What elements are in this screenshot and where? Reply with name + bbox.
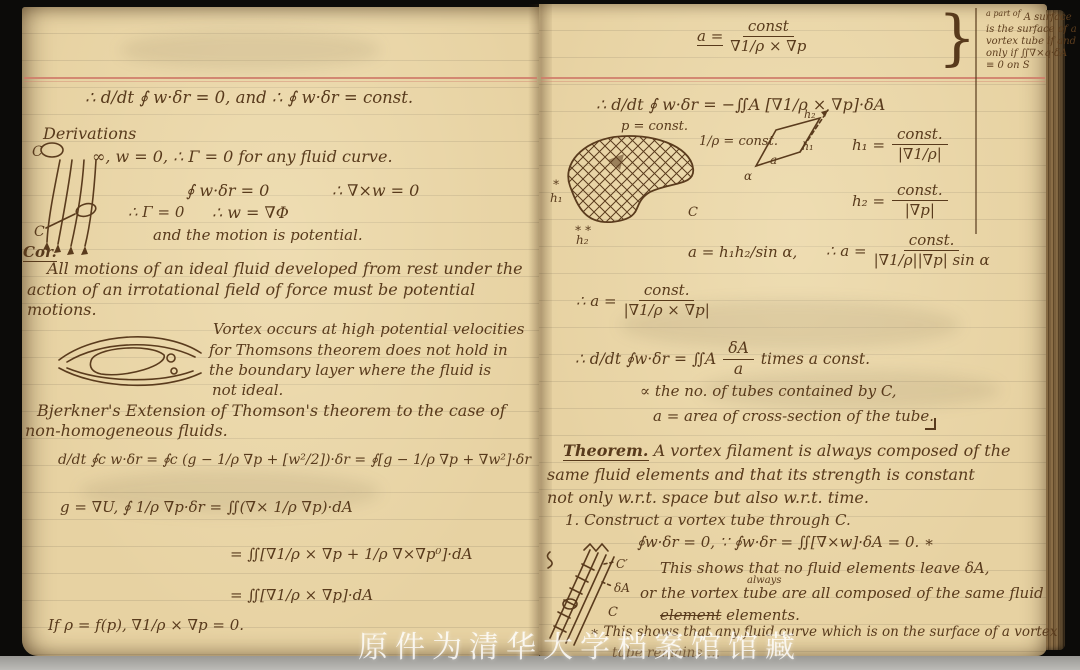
flow-diagram: C C	[30, 130, 142, 262]
theorem-text: A vortex filament is always composed of …	[649, 441, 1011, 460]
eq-numerator: const.	[639, 282, 695, 301]
side-note-insert: a part of	[986, 9, 1021, 18]
equation-line: ∴ d/dt ∮ w·δr = −∬A [∇1/ρ × ∇p]·δA	[596, 95, 885, 114]
page-edge-stack	[1046, 10, 1065, 650]
red-rule-right	[541, 77, 1045, 79]
handwritten-line: non-homogeneous fluids.	[25, 421, 228, 440]
curly-brace: }	[938, 8, 976, 68]
handwritten-line: ∴ ∇×w = 0	[332, 181, 419, 200]
equation-line: ∮w·δr = 0, ∵ ∮w·δr = ∬[∇×w]·δA = 0. ∗	[637, 533, 934, 551]
eq-lhs: h₂ =	[852, 192, 885, 210]
eq-numerator: δA	[723, 340, 754, 360]
blob-outline	[568, 136, 693, 222]
eq-denominator: a	[734, 360, 743, 379]
tube-c-label: C	[608, 605, 618, 620]
equation-line: a = h₁h₂/sin α,	[688, 243, 797, 261]
end-of-proof-mark	[925, 418, 936, 430]
eq-denominator: |∇1/ρ||∇p| sin α	[874, 251, 990, 269]
blob-h1-label: h₁	[550, 191, 563, 205]
flow-c-top-label: C	[32, 144, 43, 160]
notebook-photo: ∴ d/dt ∮ w·δr = 0, and ∴ ∮ w·δr = const.…	[0, 0, 1080, 670]
surface-area-equation: a = const∇1/ρ × ∇p	[697, 18, 806, 56]
handwritten-line: ∴ d/dt ∮ w·δr = 0, and ∴ ∮ w·δr = const.	[85, 88, 413, 108]
eq-post: times a const.	[761, 350, 870, 368]
handwritten-line: Bjerkner's Extension of Thomson's theore…	[37, 401, 506, 420]
handwritten-line: action of an irrotational field of force…	[27, 280, 475, 299]
a-abs-equation: ∴ a = const.|∇1/ρ × ∇p|	[576, 282, 710, 320]
flow-c-bottom-label: C	[34, 224, 45, 240]
equation-line: If ρ = f(p), ∇1/ρ × ∇p = 0.	[48, 616, 244, 634]
flux-equation: ∴ d/dt ∮w·δr = ∬A δAa times a const.	[575, 340, 870, 379]
para-alpha-label: α	[744, 169, 752, 183]
handwritten-line: This shows that no fluid elements leave …	[660, 559, 990, 577]
handwritten-line: ∮ w·δr = 0	[186, 181, 269, 200]
equation-line: g = ∇U, ∮ 1/ρ ∇p·δr = ∬(∇× 1/ρ ∇p)·dA	[60, 498, 353, 516]
handwritten-line: or the vortex tube are all composed of t…	[640, 584, 1044, 602]
handwritten-line: and the motion is potential.	[153, 226, 363, 244]
theorem-line: Theorem. A vortex filament is always com…	[563, 441, 1010, 460]
eq-numerator: const.	[892, 126, 948, 145]
handwritten-line: for Thomsons theorem does not hold in	[209, 341, 508, 359]
tube-c-prime-label: C′	[616, 557, 628, 571]
handwritten-line: not only w.r.t. space but also w.r.t. ti…	[547, 488, 869, 507]
para-h1-label: h₁	[802, 140, 814, 153]
h2-equation: h₂ = const.|∇p|	[852, 182, 948, 220]
equation-line: = ∬[∇1/ρ × ∇p]·dA	[230, 586, 373, 604]
tube-dA-label: δA	[614, 581, 630, 595]
equation-line: d/dt ∮c w·δr = ∮c (g − 1/ρ ∇p + [w²/2])·…	[58, 452, 531, 469]
handwritten-line: not ideal.	[212, 381, 283, 399]
handwritten-line: a = area of cross-section of the tube.	[653, 407, 934, 425]
area-element-diagram: h₂ h₁ a α	[742, 106, 837, 184]
handwritten-line: 1. Construct a vortex tube through C.	[565, 511, 851, 529]
handwritten-line: the boundary layer where the fluid is	[209, 361, 491, 379]
archive-watermark: 原件为清华大学档案馆馆藏	[300, 622, 860, 666]
handwritten-line: ∝ the no. of tubes contained by C,	[640, 382, 897, 400]
para-h2-label: h₂	[804, 108, 816, 121]
para-a-label: a	[770, 153, 777, 167]
eq-denominator: |∇1/ρ × ∇p|	[624, 301, 710, 319]
eq-lhs: ∴ d/dt ∮w·δr = ∬A	[575, 350, 716, 368]
a-sin-equation: ∴ a = const.|∇1/ρ||∇p| sin α	[826, 232, 990, 270]
eq-denominator: |∇1/ρ|	[898, 145, 942, 163]
vortex-diagram	[55, 316, 205, 400]
handwritten-line: same fluid elements and that its strengt…	[547, 465, 975, 484]
star-mark: ∗	[552, 175, 560, 189]
red-rule-left	[24, 77, 537, 79]
eq-denominator: ∇1/ρ × ∇p	[730, 37, 806, 55]
handwritten-line: Vortex occurs at high potential velociti…	[213, 320, 524, 338]
blob-c-label: C	[688, 205, 698, 220]
margin-divider-line	[975, 8, 977, 234]
eq-lhs: ∴ a =	[826, 242, 867, 260]
red-rule-left-echo	[24, 81, 537, 82]
h1-equation: h₁ = const.|∇1/ρ|	[852, 126, 948, 164]
ink-showthrough	[120, 30, 380, 70]
handwritten-line: ∴ w = ∇Φ	[212, 203, 289, 222]
eq-numerator: const.	[892, 182, 948, 201]
red-rule-right-echo	[541, 81, 1045, 82]
eq-lhs: h₁ =	[852, 136, 885, 154]
blob-h2-label: h₂	[576, 233, 589, 247]
eq-lhs: a =	[697, 27, 723, 46]
side-note: a part of A surface is the surface of a …	[986, 8, 1078, 72]
eq-lhs: ∴ a =	[576, 292, 617, 310]
theorem-label: Theorem.	[563, 441, 649, 461]
eq-denominator: |∇p|	[905, 201, 935, 219]
eq-numerator: const	[743, 18, 794, 37]
eq-numerator: const.	[904, 232, 960, 251]
equation-line: = ∬[∇1/ρ × ∇p + 1/ρ ∇×∇p⁰]·dA	[230, 545, 473, 563]
vortex-sheet-diagram: ∗ h₁ ∗ ∗ h₂ C	[550, 124, 705, 244]
